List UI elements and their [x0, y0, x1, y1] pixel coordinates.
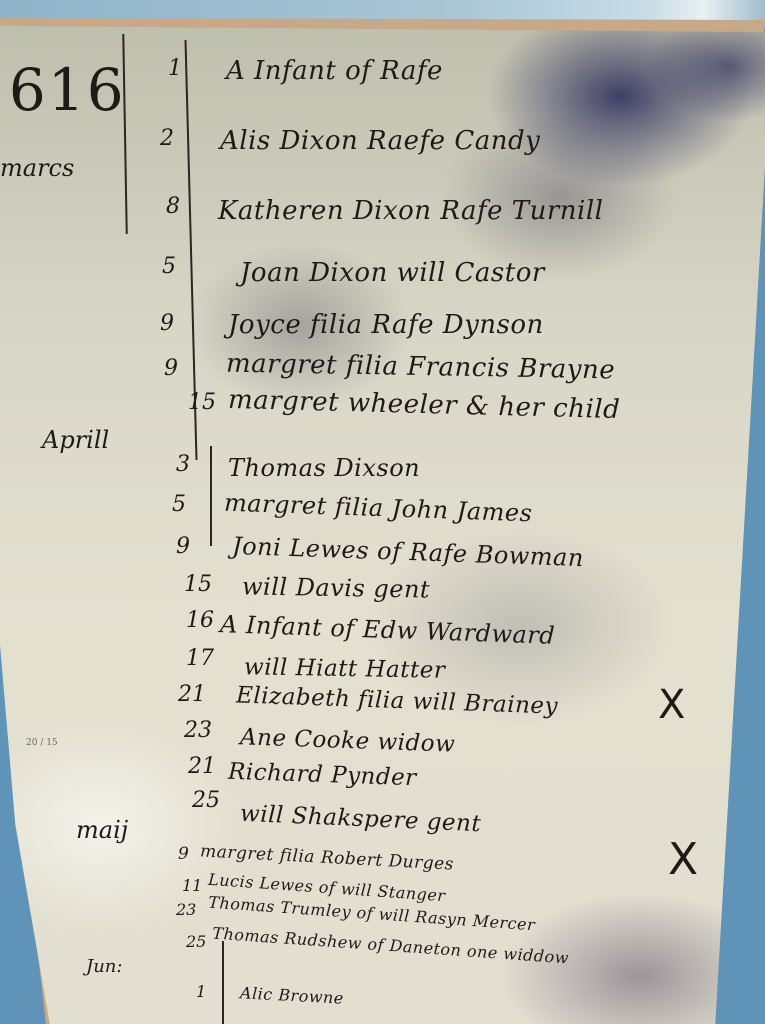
- cross-mark-icon: X: [668, 834, 698, 885]
- entry-day: 25: [186, 932, 206, 951]
- cross-mark-icon: X: [658, 682, 685, 728]
- entry-day: 11: [182, 876, 202, 895]
- entry-day: 9: [160, 311, 174, 336]
- entry-day: 2: [160, 126, 174, 151]
- june-bracket-rule: [222, 941, 224, 1024]
- entry-text: A Infant of Edw Wardward: [220, 610, 556, 650]
- april-bracket-rule: [210, 446, 212, 546]
- entry-text: margret wheeler & her child: [228, 385, 621, 425]
- entry-text: A Infant of Rafe: [226, 56, 443, 86]
- entry-day: 1: [196, 982, 206, 1001]
- margin-note: 20 / 15: [26, 738, 58, 748]
- entry-day: 25: [192, 788, 220, 813]
- entry-day: 15: [184, 572, 212, 597]
- entry-day: 17: [186, 646, 214, 671]
- entry-text: Ane Cooke widow: [240, 724, 456, 757]
- year-heading: 1616: [0, 56, 126, 124]
- entry-day: 8: [166, 194, 180, 219]
- entry-day: 3: [176, 452, 190, 477]
- entry-day: 21: [188, 754, 216, 779]
- entry-text: Katheren Dixon Rafe Turnill: [218, 196, 603, 226]
- entry-text: Alis Dixon Raefe Candy: [220, 126, 540, 156]
- entry-text: will Shakspere gent: [240, 801, 482, 837]
- entry-day: 9: [178, 844, 189, 864]
- entry-day: 23: [184, 718, 212, 743]
- entry-day: 9: [164, 356, 178, 381]
- entry-text: will Davis gent: [242, 572, 431, 603]
- entry-day: 5: [172, 492, 186, 517]
- entry-text: Joni Lewes of Rafe Bowman: [232, 532, 585, 572]
- entry-day: 9: [176, 534, 190, 559]
- entry-day: 5: [162, 254, 176, 279]
- entry-text: Joan Dixon will Castor: [240, 258, 545, 288]
- entry-day: 21: [178, 682, 206, 707]
- entry-text: Thomas Dixson: [228, 454, 420, 482]
- month-label-april: Aprill: [42, 426, 109, 454]
- entry-text: Richard Pynder: [228, 759, 418, 792]
- entry-day: 15: [188, 390, 216, 415]
- month-label-june: Jun:: [86, 956, 122, 977]
- month-label-may: maij: [76, 816, 128, 844]
- entry-text: Alic Browne: [240, 983, 345, 1007]
- entry-text: margret filia Robert Durges: [200, 841, 455, 874]
- month-label-march: marcs: [0, 154, 74, 182]
- entry-day: 16: [186, 608, 214, 633]
- entry-day: 1: [168, 56, 182, 81]
- entry-text: will Hiatt Hatter: [244, 654, 446, 684]
- entry-text: margret filia John James: [224, 489, 533, 528]
- entry-day: 23: [176, 900, 196, 919]
- entry-text: Elizabeth filia will Brainey: [236, 682, 559, 719]
- register-page: 1616 marcs Aprill maij Jun: 20 / 15 1 2 …: [0, 26, 765, 1024]
- entry-text: margret filia Francis Brayne: [226, 349, 616, 386]
- entry-text: Joyce filia Rafe Dynson: [228, 310, 544, 340]
